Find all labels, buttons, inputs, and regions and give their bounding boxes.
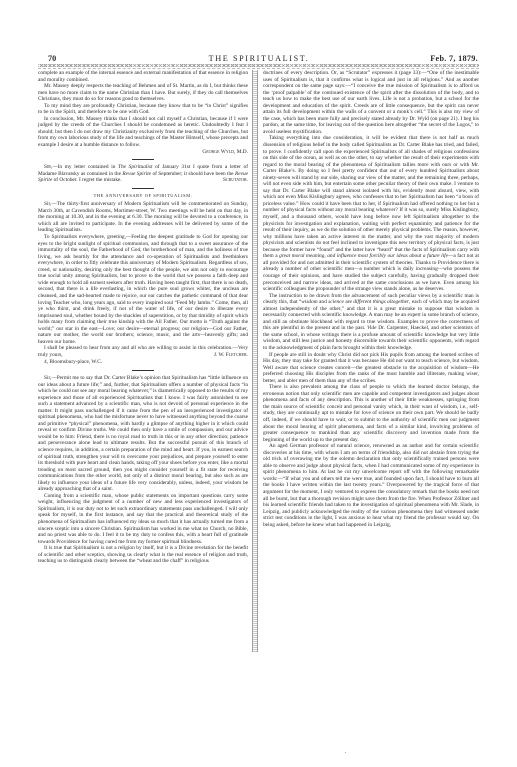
section-divider <box>132 188 154 189</box>
cited-publication: The Spiritualist <box>118 164 152 170</box>
article-text: and <box>318 299 329 305</box>
blake-reply-paragraph: Coming from a scientific man, whose publ… <box>38 493 248 545</box>
article-text: Taking everything into due consideration… <box>263 135 479 259</box>
wyld-letter-paragraph: complete an example of the internal esse… <box>38 70 248 83</box>
article-text: are <box>344 299 353 305</box>
publication-title: THE SPIRITUALIST. <box>40 54 478 64</box>
article-paragraph: There is also prevalent among the class … <box>263 384 479 443</box>
article-paragraph: doctrines of every description. Or, as “… <box>263 70 479 135</box>
issue-date: Feb. 7, 1879. <box>430 54 478 64</box>
emphasis-text: different things altogether <box>353 299 409 305</box>
column-divider <box>252 70 258 652</box>
letter-text: of September; it should have been the <box>151 171 235 177</box>
wyld-signature: George Wyld, M.D. <box>38 149 248 156</box>
blake-reply-paragraph: Sir,—Permit me to say that Dr. Carter Bl… <box>38 375 248 493</box>
wyld-letter-paragraph: Mr. Massey deeply respects the teaching … <box>38 83 248 103</box>
article-paragraph: The instruction to be drawn from the adv… <box>263 293 479 352</box>
left-column: complete an example of the internal esse… <box>38 70 248 565</box>
anniversary-heading: THE ANNIVERSARY OF SPIRITUALISM. <box>38 193 248 200</box>
section-divider <box>132 370 154 371</box>
letter-text: —In my letter contained in <box>52 164 118 170</box>
emphasis-text: science <box>328 299 344 305</box>
anniversary-paragraph: Sir,—The thirty-first anniversary of Mod… <box>38 201 248 234</box>
section-divider <box>132 159 154 160</box>
header-wavy-rule <box>38 64 479 67</box>
fletcher-address: 4, Bloomsbury-place, W.C. <box>38 359 248 366</box>
fletcher-signature: J. W. Fletcher. <box>208 352 248 359</box>
article-paragraph: If people are still in doubt why Christ … <box>263 352 479 385</box>
emphasis-text: great moral meaning, and influence most … <box>279 253 448 259</box>
scan-speck <box>345 752 346 753</box>
right-column: doctrines of every description. Or, as “… <box>263 70 479 528</box>
emphasis-text: wisdom <box>301 299 317 305</box>
scrutator-signature: Scrutator. <box>217 177 248 184</box>
article-paragraph: An aged German professor of natural scie… <box>263 443 479 528</box>
article-paragraph: Taking everything into due consideration… <box>263 135 479 292</box>
anniversary-paragraph: I shall be pleased to hear from any and … <box>38 345 248 358</box>
cited-publication: Revue Spirite <box>122 171 151 177</box>
article-text: —a fact not at all provided for and not … <box>263 253 479 292</box>
scrutator-letter: Sir,—In my letter contained in The Spiri… <box>38 164 248 184</box>
wyld-letter-paragraph: To my mind they are profoundly Christian… <box>38 103 248 116</box>
newspaper-page: 70 THE SPIRITUALIST. Feb. 7, 1879. compl… <box>0 0 517 767</box>
wyld-letter-paragraph: In conclusion, Mr. Massey thinks that I … <box>38 116 248 149</box>
anniversary-paragraph: To Spiritualists everywhere, greeting,—F… <box>38 234 248 345</box>
blake-reply-paragraph: It is true that Spiritualism is not a re… <box>38 545 248 565</box>
letter-text: of October. I regret the mistake. <box>52 177 121 183</box>
